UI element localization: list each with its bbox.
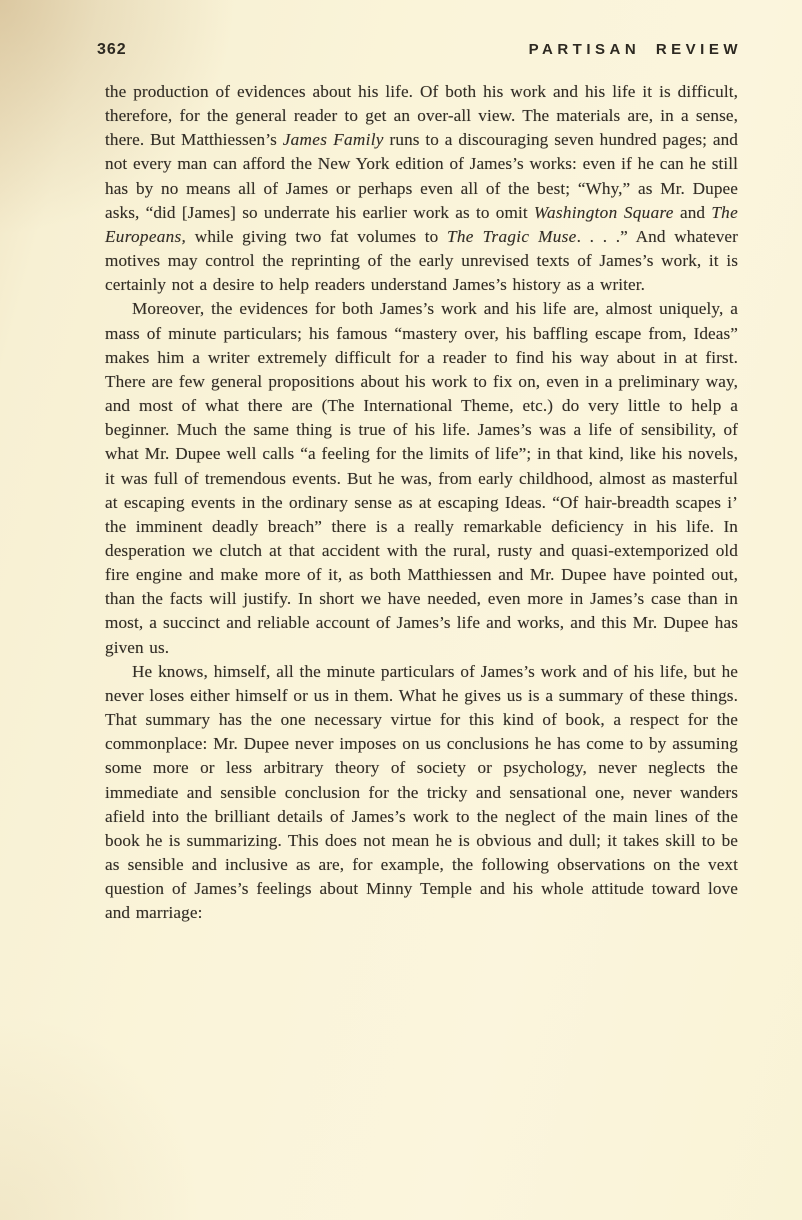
paragraph: Moreover, the evidences for both James’s… [105, 297, 738, 659]
italic-title: Washington Square [534, 203, 674, 222]
running-head: 362 PARTISAN REVIEW [97, 41, 742, 59]
journal-title: PARTISAN REVIEW [529, 41, 742, 58]
scanned-book-page: 362 PARTISAN REVIEW the production of ev… [0, 0, 802, 1220]
italic-title: The Tragic Muse [447, 227, 577, 246]
paragraph: He knows, himself, all the minute partic… [105, 660, 738, 926]
page-body: the production of evidences about his li… [105, 80, 738, 925]
page-number: 362 [97, 41, 127, 59]
paragraph: the production of evidences about his li… [105, 80, 738, 297]
italic-title: James Family [283, 130, 384, 149]
